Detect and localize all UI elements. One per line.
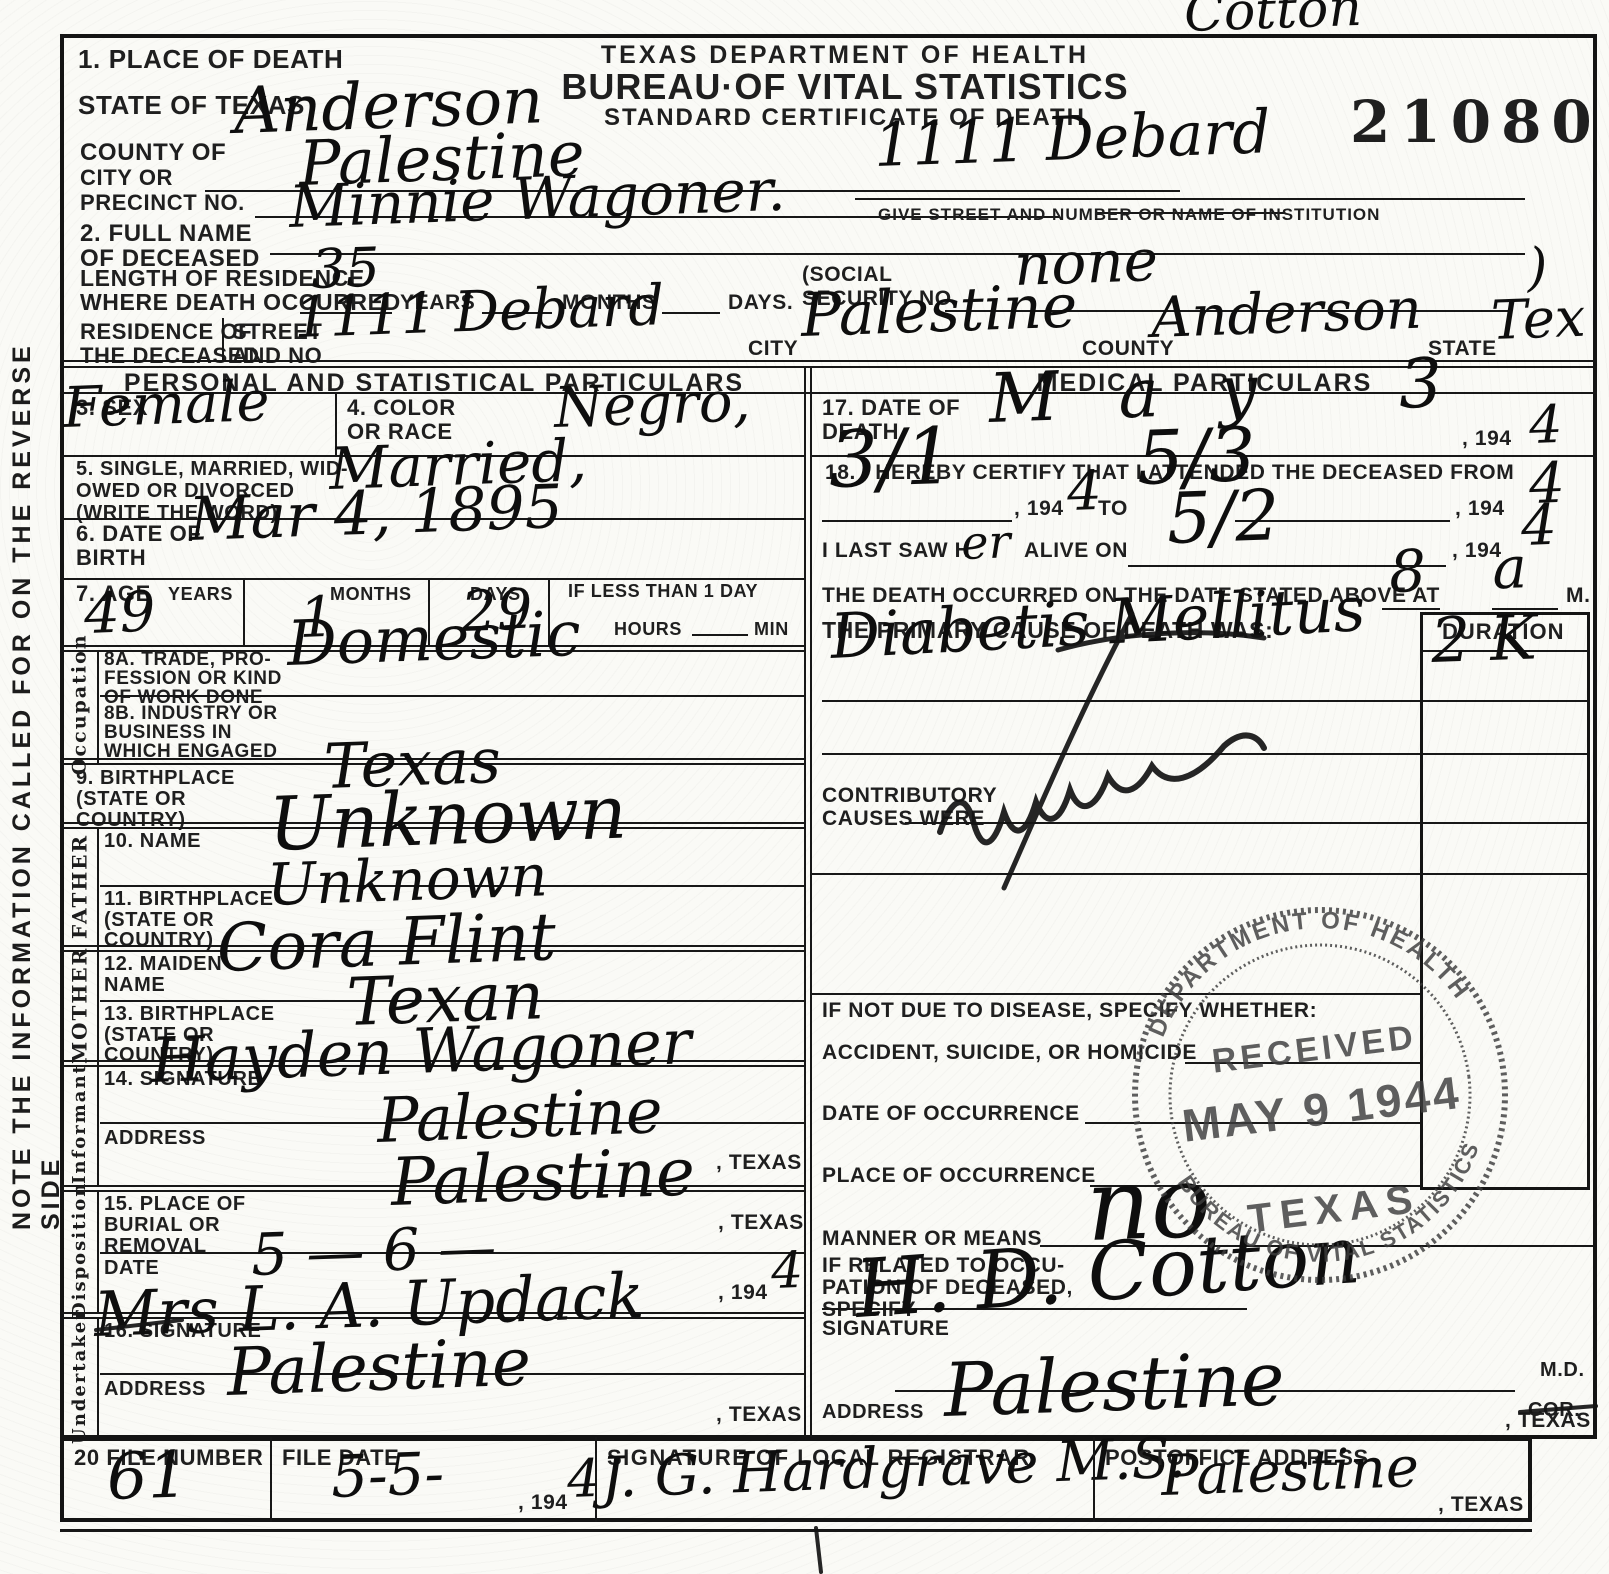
death-certificate-scan: Cotton NOTE THE INFORMATION CALLED FOR O… <box>0 0 1609 1574</box>
strike-through-16-ink <box>96 1320 182 1330</box>
illegible-scribble-ink <box>940 735 1264 842</box>
strike-through-cor-ink <box>1520 1406 1596 1412</box>
pen-stroke-ink <box>1004 614 1132 888</box>
ink-marks-overlay <box>0 0 1609 1574</box>
t-cross-stroke-ink <box>1058 633 1264 650</box>
stray-mark-ink <box>816 1528 821 1572</box>
